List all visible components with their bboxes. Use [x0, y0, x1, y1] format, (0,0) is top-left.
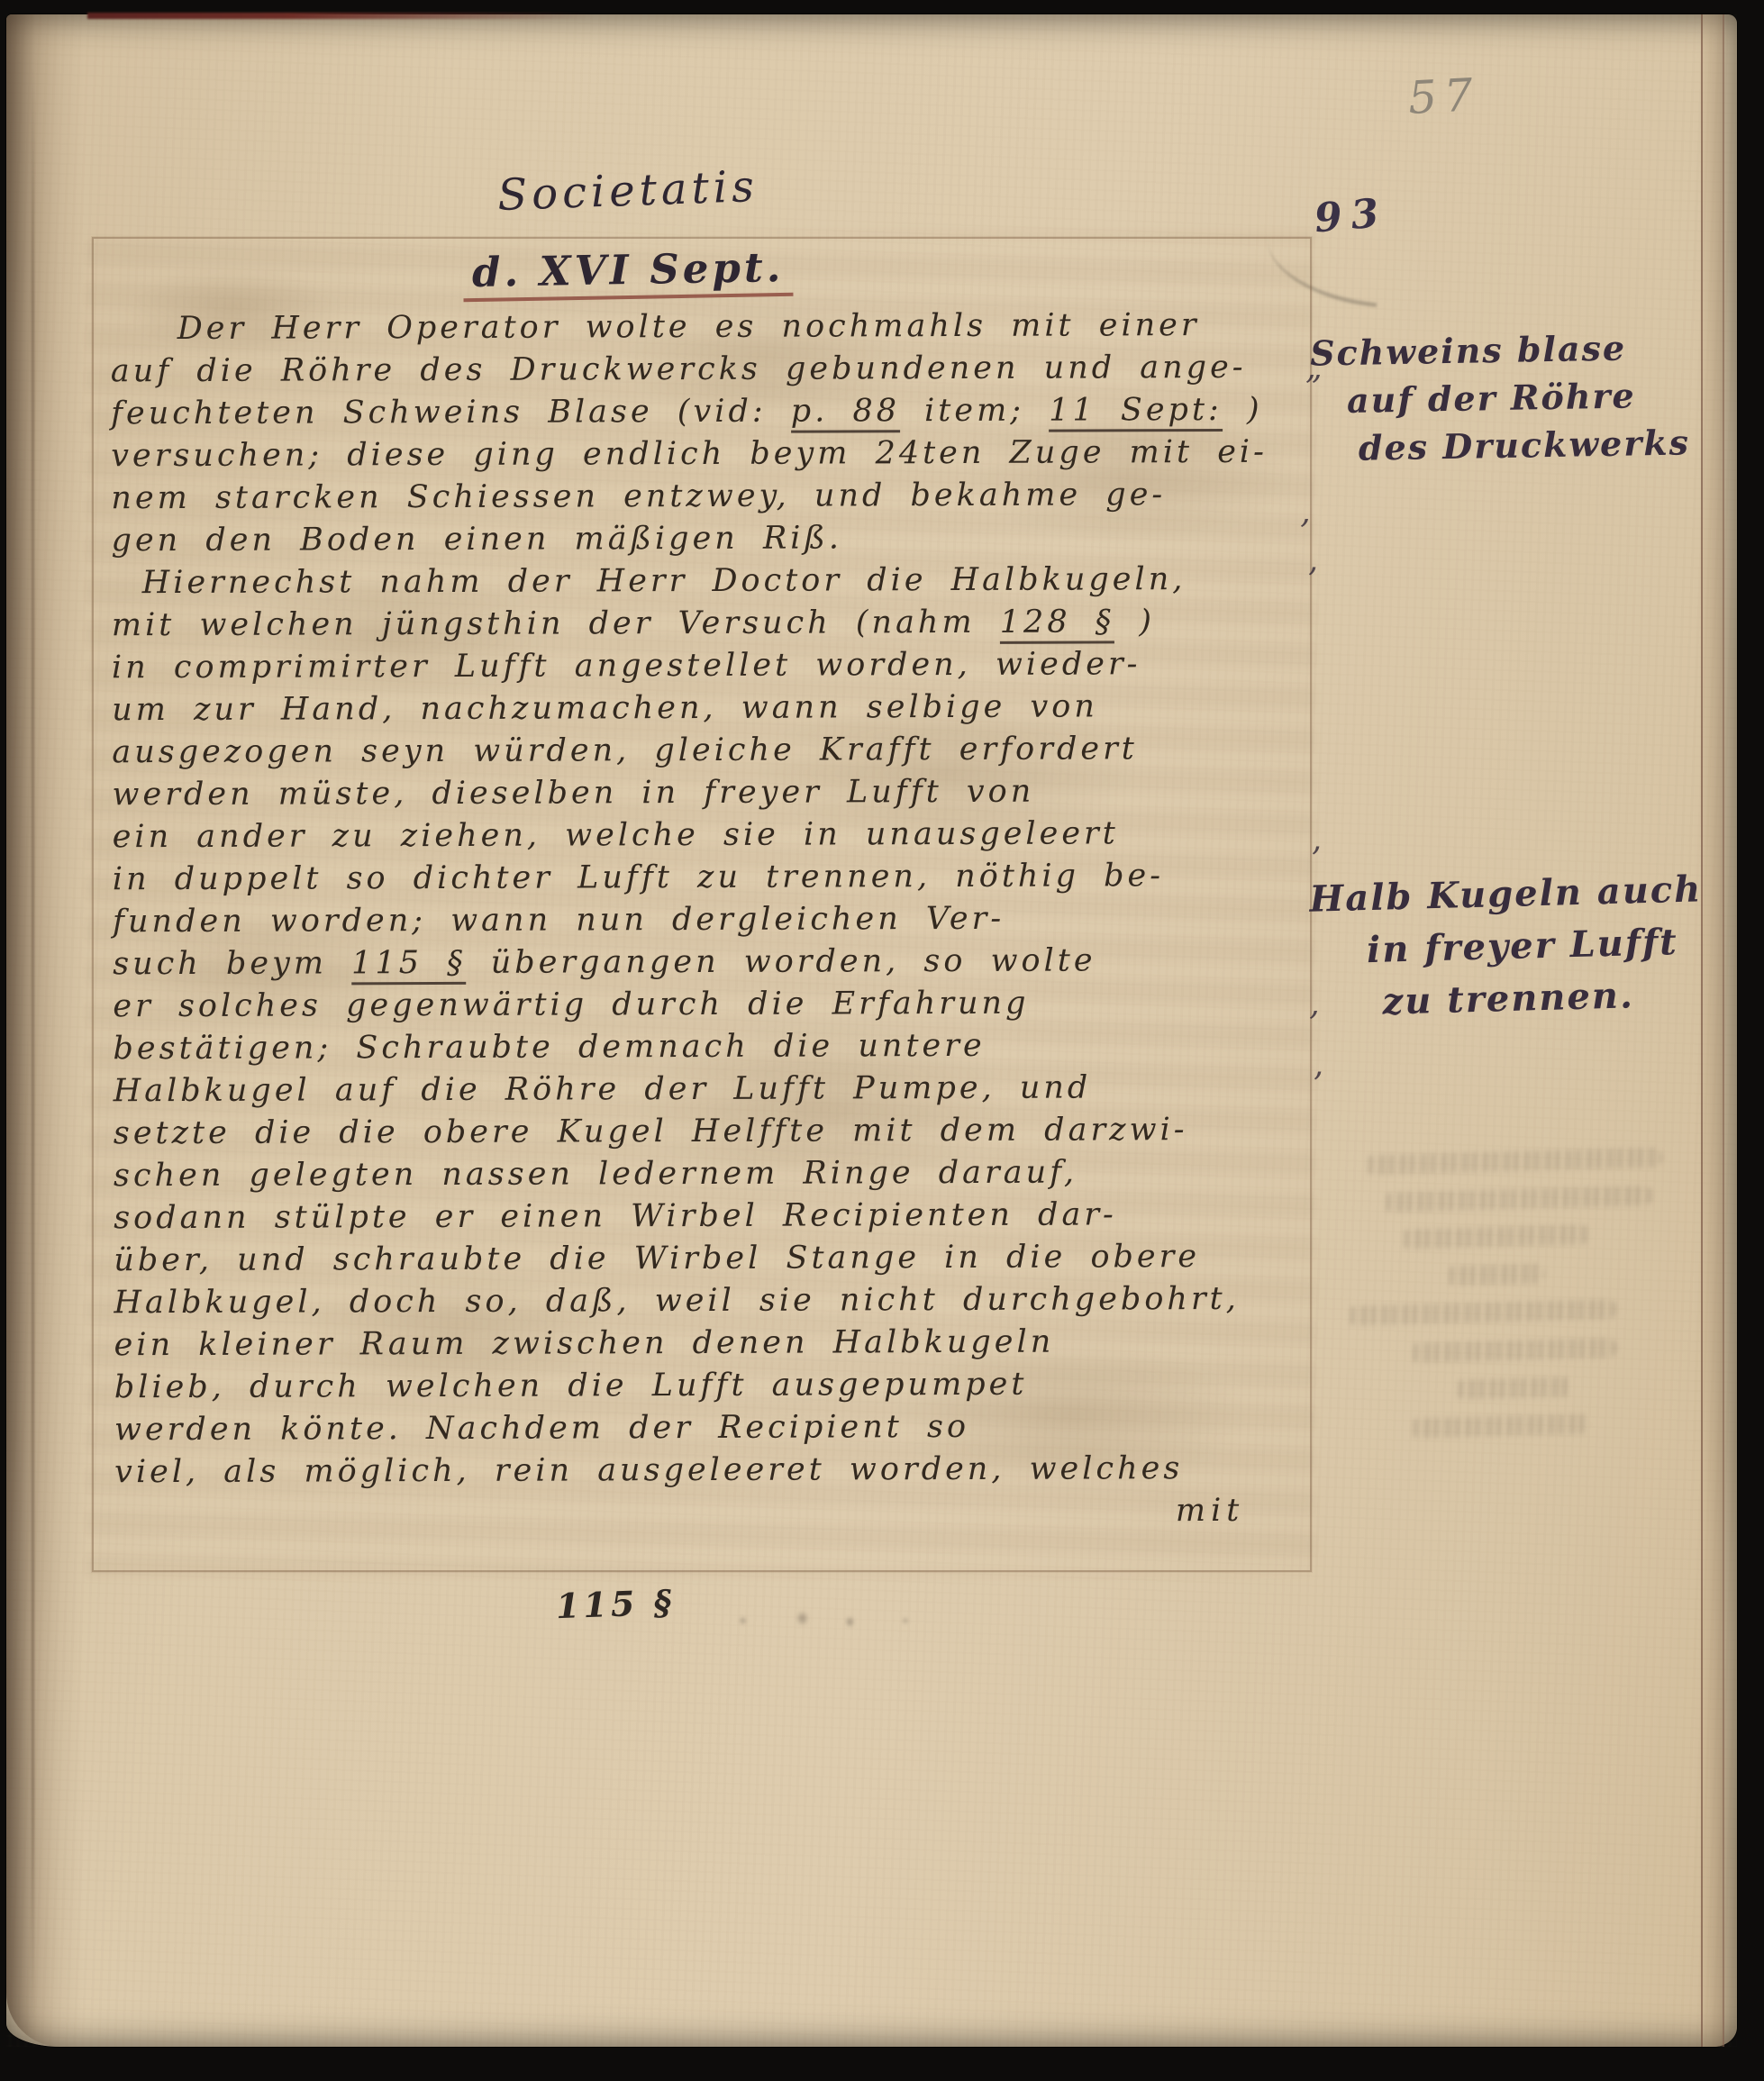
ghost-line: [1410, 1338, 1617, 1363]
text-line: in duppelt so dichter Lufft zu trennen, …: [113, 855, 1286, 902]
text-line: schen gelegten nassen ledernem Ringe dar…: [114, 1151, 1287, 1198]
note-line: Schweins blase: [1310, 323, 1689, 377]
text-line: mit welchen jüngsthin der Versuch (nahm …: [112, 601, 1285, 648]
stray-ink-mark: „: [1305, 350, 1323, 386]
ghost-line: [1410, 1413, 1591, 1438]
text-line: werden müste, dieselben in freyer Lufft …: [112, 770, 1285, 817]
text-line: mit: [114, 1490, 1287, 1537]
text-line: Der Herr Operator wolte es nochmahls mit…: [111, 304, 1284, 351]
note-line: zu trennen.: [1382, 968, 1705, 1028]
note-line: auf der Röhre: [1347, 370, 1690, 424]
show-through-text-verso: [1329, 1133, 1698, 1454]
stray-ink-mark: ‚: [1309, 986, 1319, 1022]
footer-ink-smudges: [727, 1609, 925, 1632]
text-line: er solches gegenwärtig durch die Erfahru…: [113, 982, 1286, 1029]
ghost-line: [1455, 1377, 1573, 1399]
main-text-block: Der Herr Operator wolte es nochmahls mit…: [111, 304, 1288, 1537]
text-line: ein ander zu ziehen, welche sie in unaus…: [113, 813, 1286, 859]
page-fore-edge-lines: [1701, 14, 1724, 2047]
manuscript-page: 57 93 Societatis d. XVI Sept. Der Herr O…: [6, 14, 1737, 2047]
underlying-page-edge: [87, 13, 592, 19]
text-line: versuchen; diese ging endlich beym 24ten…: [111, 432, 1284, 478]
text-line: setzte die die obere Kugel Helffte mit d…: [114, 1109, 1287, 1156]
folio-number-pencil: 57: [1407, 68, 1482, 124]
text-line: ein kleiner Raum zwischen denen Halbkuge…: [114, 1321, 1287, 1368]
text-line: blieb, durch welchen die Lufft ausgepump…: [114, 1363, 1287, 1410]
heading-society: Societatis: [348, 156, 908, 226]
text-line: bestätigen; Schraubte demnach die untere: [113, 1024, 1286, 1071]
text-line: funden worden; wann nun dergleichen Ver-: [113, 897, 1286, 944]
text-line: über, und schraubte die Wirbel Stange in…: [114, 1236, 1287, 1283]
underlined-reference: 128 §: [1000, 604, 1115, 643]
text-line: nem starcken Schiessen entzwey, und beka…: [111, 474, 1284, 521]
footer-reference-number: 115 §: [555, 1582, 676, 1627]
text-line: gen den Boden einen mäßigen Riß.: [111, 516, 1284, 563]
text-line: ausgezogen seyn würden, gleiche Krafft e…: [112, 728, 1285, 775]
text-line: feuchteten Schweins Blase (vid: p. 88 it…: [111, 389, 1284, 436]
text-line: Halbkugel auf die Röhre der Lufft Pumpe,…: [114, 1067, 1287, 1113]
underlined-reference: p. 88: [791, 393, 900, 432]
note-line: des Druckwerks: [1358, 418, 1690, 471]
note-line: in freyer Lufft: [1366, 915, 1704, 977]
binding-crease: [32, 68, 34, 2020]
ghost-line: [1383, 1186, 1653, 1213]
margin-note-schweinsblase: Schweins blaseauf der Röhredes Druckwerk…: [1310, 323, 1691, 472]
margin-note-halbkugeln: Halb Kugeln auchin freyer Lufftzu trenne…: [1309, 863, 1705, 1030]
text-line: Hiernechst nahm der Herr Doctor die Halb…: [112, 559, 1285, 605]
text-line: such beym 115 § übergangen worden, so wo…: [113, 940, 1286, 986]
underlined-reference: 115 §: [351, 945, 467, 985]
ghost-line: [1365, 1148, 1662, 1176]
text-line: viel, als möglich, rein ausgeleeret word…: [114, 1448, 1287, 1495]
text-line: in comprimirter Lufft angestellet worden…: [112, 643, 1285, 690]
page-number-ink: 93: [1313, 190, 1389, 242]
text-line: auf die Röhre des Druckwercks gebundenen…: [111, 347, 1284, 394]
stray-ink-mark: ’: [1307, 562, 1317, 599]
text-line: um zur Hand, nachzumachen, wann selbige …: [112, 686, 1285, 732]
ghost-line: [1401, 1224, 1591, 1249]
text-line: sodann stülpte er einen Wirbel Recipient…: [114, 1194, 1287, 1240]
stray-ink-mark: ’: [1313, 1067, 1323, 1104]
ghost-line: [1347, 1299, 1617, 1326]
binding-gutter-shadow: [6, 14, 84, 2047]
text-line: werden könte. Nachdem der Recipient so: [114, 1405, 1287, 1452]
stray-ink-mark: ’: [1311, 841, 1321, 878]
underlined-reference: 11 Sept:: [1049, 392, 1223, 432]
ghost-line: [1446, 1264, 1546, 1286]
stray-ink-mark: ‚: [1300, 494, 1310, 531]
text-line: Halbkugel, doch so, daß, weil sie nicht …: [114, 1278, 1287, 1325]
scan-canvas: { "page": { "folio_pencil": "57", "numbe…: [0, 0, 1764, 2081]
